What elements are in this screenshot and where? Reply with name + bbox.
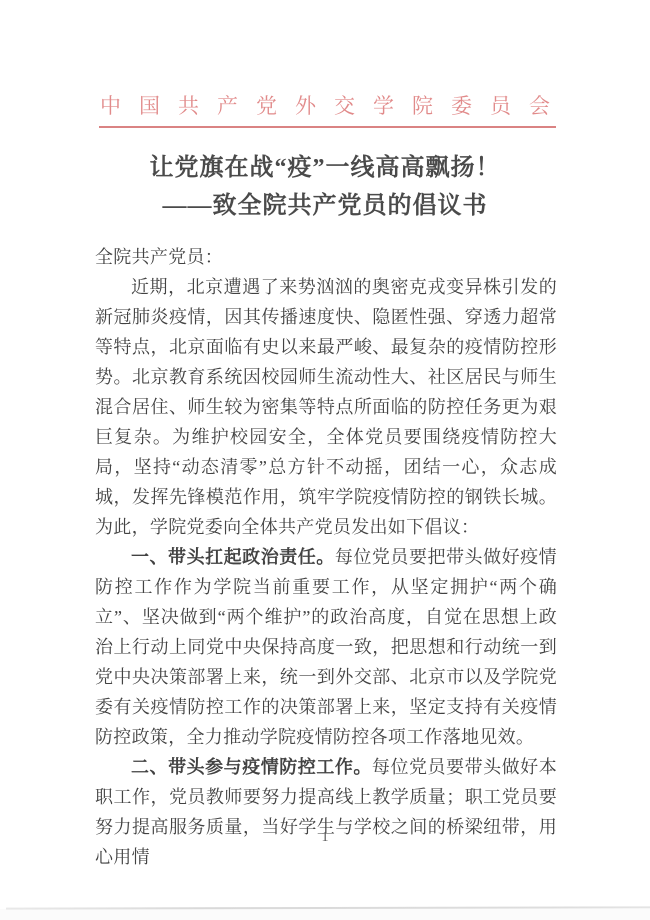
page-number: 1 xyxy=(0,830,650,846)
paragraph-item-1: 一、带头扛起政治责任。每位党员要把带头做好疫情防控工作作为学院当前重要工作，从坚… xyxy=(95,542,557,752)
document-title-block: 让党旗在战“疫”一线高高飘扬！ ——致全院共产党员的倡议书 xyxy=(0,149,650,225)
paragraph-item-2: 二、带头参与疫情防控工作。每位党员要带头做好本职工作，党员教师要努力提高线上教学… xyxy=(95,752,557,872)
paragraph-item-1-lead: 一、带头扛起政治责任。 xyxy=(131,547,335,567)
header-divider-rule xyxy=(99,126,556,128)
document-title-line1: 让党旗在战“疫”一线高高飘扬！ xyxy=(0,149,650,187)
paragraph-intro-text: 近期，北京遭遇了来势汹汹的奥密克戎变异株引发的新冠肺炎疫情，因其传播速度快、隐匿… xyxy=(95,277,557,537)
salutation: 全院共产党员： xyxy=(95,242,557,272)
document-title-line2: ——致全院共产党员的倡议书 xyxy=(0,187,650,225)
scan-paper-below-edge xyxy=(0,909,650,920)
paragraph-item-2-lead: 二、带头参与疫情防控工作。 xyxy=(131,757,372,777)
organization-header: 中国共产党外交学院委员会 xyxy=(0,90,650,120)
scanned-document-page: 中国共产党外交学院委员会 让党旗在战“疫”一线高高飘扬！ ——致全院共产党员的倡… xyxy=(0,0,650,920)
paragraph-intro: 近期，北京遭遇了来势汹汹的奥密克戎变异株引发的新冠肺炎疫情，因其传播速度快、隐匿… xyxy=(95,272,557,542)
document-body: 全院共产党员： 近期，北京遭遇了来势汹汹的奥密克戎变异株引发的新冠肺炎疫情，因其… xyxy=(95,242,557,872)
paragraph-item-1-text: 每位党员要把带头做好疫情防控工作作为学院当前重要工作，从坚定拥护“两个确立”、坚… xyxy=(95,547,557,747)
